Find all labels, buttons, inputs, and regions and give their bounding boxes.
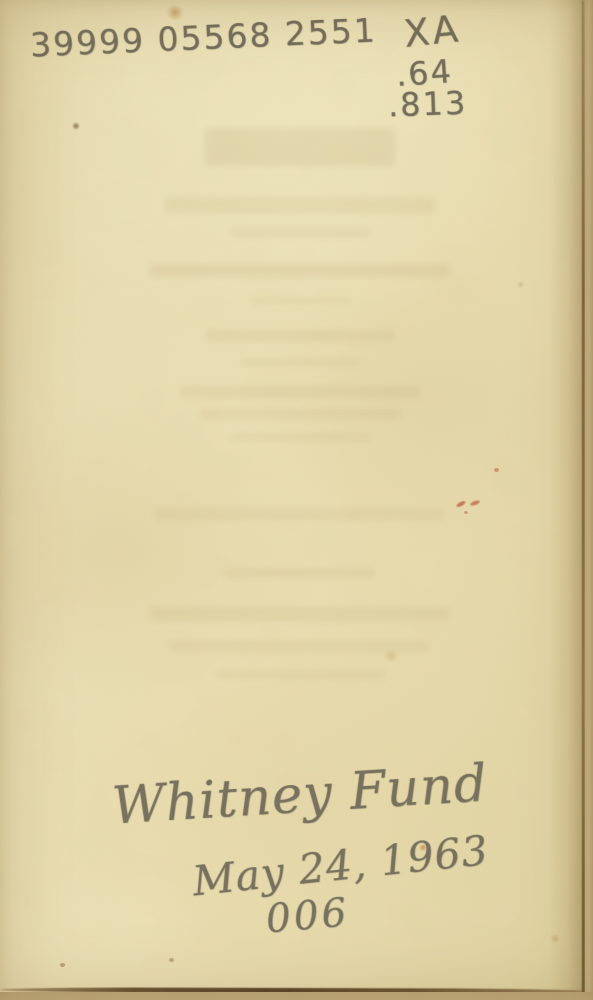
speck	[60, 963, 65, 967]
call-number-line-1: XA	[402, 7, 463, 56]
ghost-text-line	[180, 386, 420, 398]
speck	[169, 958, 174, 962]
barcode-accession-number: 39999 05568 2551	[29, 10, 377, 64]
red-mark	[470, 499, 481, 506]
inscription-number: 006	[264, 890, 351, 942]
page-edge-right	[585, 0, 593, 1000]
ink-speck	[72, 122, 80, 130]
ghost-text-line	[170, 641, 430, 652]
ghost-text-line	[215, 670, 385, 679]
page-edge-bottom	[0, 992, 593, 1000]
red-speck	[494, 468, 499, 472]
ghost-text-line	[150, 607, 450, 621]
ghost-text-line	[225, 568, 375, 578]
page-gutter-shadow	[549, 0, 583, 1000]
red-speck	[464, 511, 468, 514]
ghost-text-line	[240, 358, 360, 366]
ghost-text-line	[250, 297, 350, 304]
ghost-text-line	[150, 264, 450, 277]
red-mark	[456, 500, 467, 508]
ghost-text-line	[200, 409, 400, 419]
stain	[165, 5, 185, 20]
scanned-book-endpaper: 39999 05568 2551 XA .64 .813 Whitney Fun…	[0, 0, 593, 1000]
ghost-text-line	[165, 197, 435, 213]
fox-spot	[516, 281, 525, 288]
ghost-text-line	[230, 228, 370, 237]
ghost-text-line	[155, 508, 445, 520]
ghost-text-line	[230, 433, 370, 442]
ghost-text-line	[205, 330, 395, 341]
call-number-line-3: .813	[387, 84, 468, 125]
ghost-text-line	[205, 128, 395, 166]
inscription-fund-name: Whitney Fund	[111, 755, 490, 837]
stain	[382, 650, 400, 662]
